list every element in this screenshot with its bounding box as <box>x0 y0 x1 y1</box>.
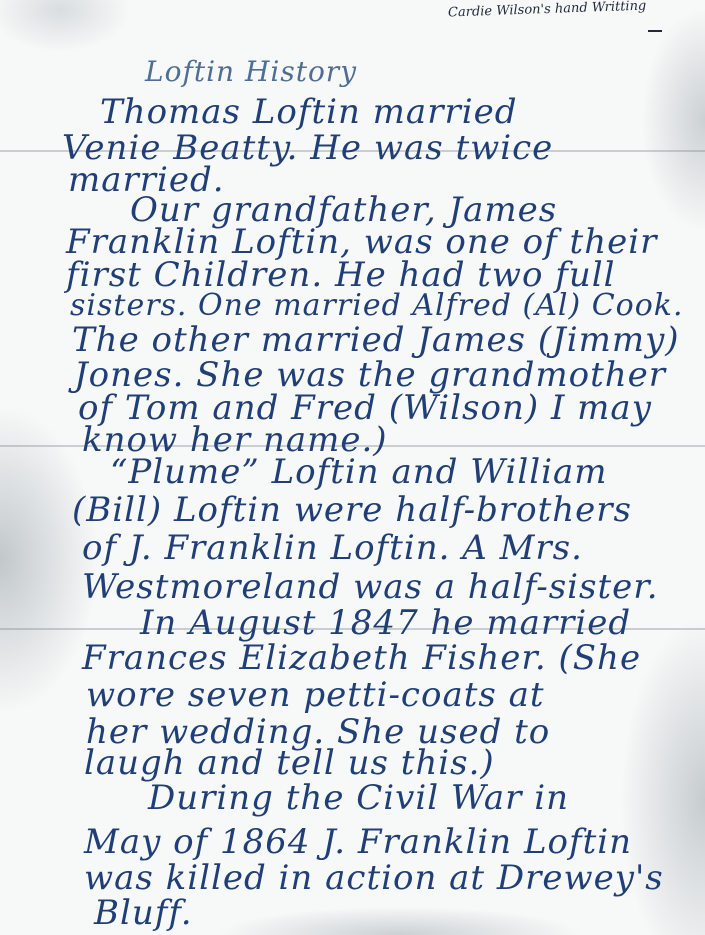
text-line: During the Civil War in <box>148 778 569 818</box>
text-line: wore seven petti-coats at <box>86 675 545 715</box>
text-line: The other married James (Jimmy) <box>72 320 680 360</box>
text-line: Bluff. <box>94 893 193 933</box>
text-line: “Plume” Loftin and William <box>110 452 608 492</box>
text-line: of J. Franklin Loftin. A Mrs. <box>82 528 583 568</box>
text-line: Frances Elizabeth Fisher. (She <box>82 638 641 678</box>
letter-page: Cardie Wilson's hand Writting Loftin His… <box>0 0 705 935</box>
margin-note-underline <box>648 30 662 32</box>
text-line: Westmoreland was a half-sister. <box>82 567 659 607</box>
margin-note: Cardie Wilson's hand Writting <box>448 0 647 20</box>
text-line: Thomas Loftin married <box>100 92 517 132</box>
text-line: was killed in action at Drewey's <box>84 858 664 898</box>
text-line: (Bill) Loftin were half-brothers <box>72 490 632 530</box>
document-title: Loftin History <box>145 55 357 88</box>
text-line: sisters. One married Alfred (Al) Cook. <box>70 288 684 323</box>
text-line: laugh and tell us this.) <box>84 743 495 783</box>
text-line: May of 1864 J. Franklin Loftin <box>84 822 632 862</box>
text-line: In August 1847 he married <box>140 603 631 643</box>
